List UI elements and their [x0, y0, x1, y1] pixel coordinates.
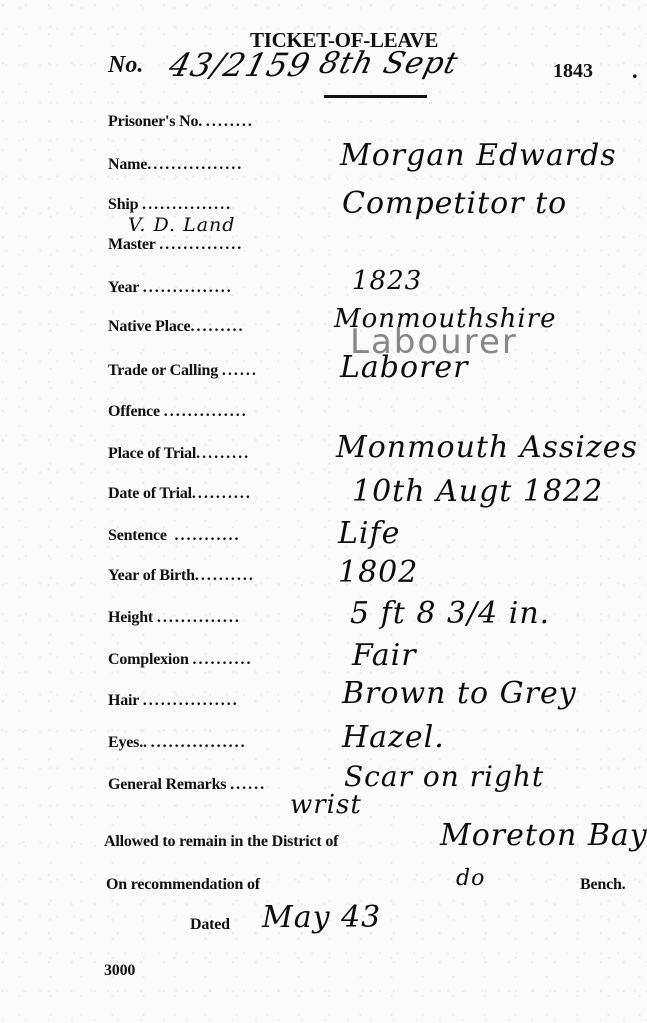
field-label-eyes: Eyes.. ................: [108, 734, 247, 752]
field-label-height: Height ..............: [108, 609, 241, 627]
district-value: Moreton Bay: [440, 818, 647, 853]
ship-annotation: V. D. Land: [128, 214, 235, 236]
field-value-general-remarks: Scar on right: [344, 760, 544, 793]
field-value-year: 1823: [352, 266, 422, 296]
recommendation-suffix: Bench.: [580, 876, 625, 894]
district-label: Allowed to remain in the District of: [104, 833, 338, 851]
field-label-master: Master ..............: [108, 236, 243, 254]
field-label-year-of-birth: Year of Birth..........: [108, 567, 255, 585]
field-value-sentence: Life: [338, 516, 400, 551]
field-label-ship: Ship ...............: [108, 196, 232, 214]
field-value-year-of-birth: 1802: [338, 555, 418, 590]
field-label-offence: Offence ..............: [108, 403, 248, 421]
field-value-eyes: Hazel.: [342, 720, 445, 755]
field-label-year: Year ...............: [108, 279, 233, 297]
field-value-ship: Competitor to: [342, 186, 567, 221]
field-value-height: 5 ft 8 3/4 in.: [350, 596, 550, 631]
recommendation-label: On recommendation of: [106, 876, 260, 894]
field-label-general-remarks: General Remarks ......: [108, 776, 266, 794]
form-number: 3000: [104, 962, 135, 980]
dated-label: Dated: [190, 916, 230, 934]
dated-value: May 43: [262, 900, 381, 935]
field-value-name: Morgan Edwards: [340, 138, 617, 173]
field-value-place-of-trial: Monmouth Assizes: [336, 430, 638, 465]
field-label-date-of-trial: Date of Trial..........: [108, 485, 252, 503]
field-label-place-of-trial: Place of Trial.........: [108, 445, 250, 463]
field-label-hair: Hair ................: [108, 692, 239, 710]
field-label-native-place: Native Place.........: [108, 318, 244, 336]
field-value-general-remarks-line2: wrist: [290, 790, 362, 820]
issue-year-dot: .: [632, 58, 638, 84]
issue-year: 1843: [553, 60, 593, 83]
field-label-complexion: Complexion ..........: [108, 651, 253, 669]
field-value-trade: Laborer: [340, 350, 469, 385]
field-label-prisoners-no: Prisoner's No. ........: [108, 113, 254, 131]
ticket-number-value: 43/2159: [165, 46, 314, 84]
field-value-complexion: Fair: [352, 638, 417, 673]
issue-date-handwritten: 8th Sept: [316, 46, 462, 81]
field-value-hair: Brown to Grey: [342, 676, 577, 711]
title-underline: [324, 95, 427, 98]
field-value-date-of-trial: 10th Augt 1822: [352, 474, 603, 509]
ticket-number-label: No.: [108, 52, 143, 79]
field-label-trade: Trade or Calling ......: [108, 362, 258, 380]
field-label-name: Name................: [108, 156, 243, 174]
recommendation-value: do: [456, 866, 485, 891]
field-label-sentence: Sentence ...........: [108, 527, 240, 545]
